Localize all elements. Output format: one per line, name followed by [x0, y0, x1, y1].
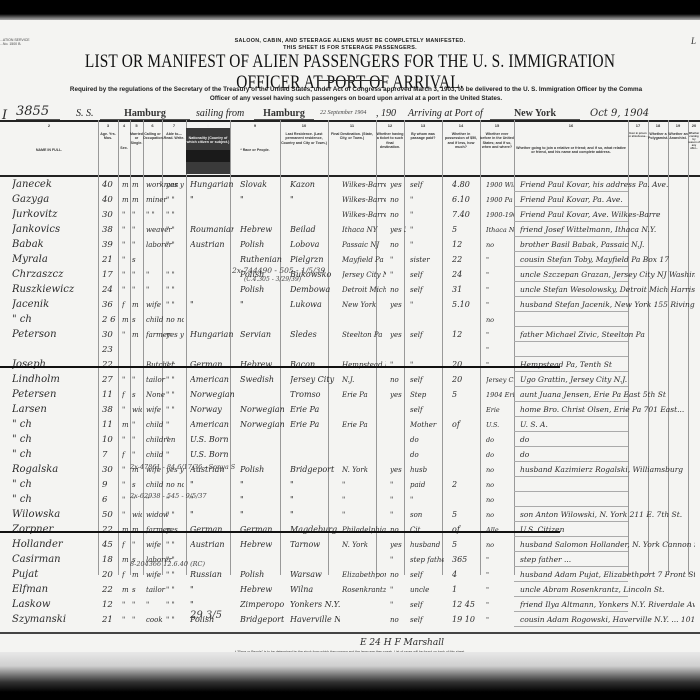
cell-residence: Tarnow [290, 538, 340, 552]
cell-married: " [132, 448, 142, 462]
cell-ticket: yes [390, 178, 406, 192]
relative-column-rule [514, 446, 628, 447]
cell-residence: Bridgeport [290, 463, 340, 477]
notice-line-2: THIS SHEET IS FOR STEERAGE PASSENGERS. [0, 45, 700, 51]
ss-label: S. S. [76, 108, 94, 119]
cell-nationality: " [190, 508, 234, 522]
relative-column-rule [514, 386, 628, 387]
annotation-row6: 2x-744490 - 505 - 1/5/39 [232, 266, 325, 275]
cell-sex: " [122, 433, 130, 447]
table-row: Elfman22mstailor" ""HebrewWilnaRosenkran… [0, 583, 700, 597]
cell-name: " ch [12, 448, 100, 462]
cell-race: Polish [240, 238, 284, 252]
cell-age: 50 [102, 508, 116, 522]
relative-column-rule [514, 341, 628, 342]
sailing-date: 22 September 1904 [320, 110, 366, 116]
cell-sex: m [122, 193, 130, 207]
table-row: Janecek40mmworkmanyes yesHungarianSlovak… [0, 178, 700, 192]
cell-sex: m [122, 178, 130, 192]
cell-age: 40 [102, 193, 116, 207]
cell-before: " [486, 253, 514, 267]
relative-column-rule [514, 626, 628, 627]
cell-married: " [132, 613, 142, 627]
cell-residence: Sledes [290, 328, 340, 342]
cell-race: Polish [240, 283, 284, 297]
header-last-residence: Last Residence. (Last permanent residenc… [280, 132, 328, 145]
table-row: Pujat20fmwife" "RussianPolishWarsawEliza… [0, 568, 700, 582]
table-row: " ch2 6mschildno nono [0, 313, 700, 327]
relative-column-rule [514, 596, 628, 597]
cell-rw: " [166, 433, 184, 447]
cell-married: " [132, 418, 142, 432]
cell-money: 5 [452, 508, 482, 522]
arrival-port: New York [490, 108, 580, 120]
cell-relative: do [520, 433, 695, 447]
cell-relative: Friend Paul Kovar, his address Pa. Ave. [520, 178, 695, 192]
cell-sex: " [122, 268, 130, 282]
cell-sex: f [122, 298, 130, 312]
cell-age: 24 [102, 283, 116, 297]
cell-race: Hebrew [240, 538, 284, 552]
cell-sex: m [122, 418, 130, 432]
cell-ticket: " [390, 358, 406, 372]
cell-money: 5.10 [452, 298, 482, 312]
cell-name: Zorpner [12, 523, 100, 537]
cell-race: " [240, 193, 284, 207]
header-prison: Ever in prison or almshouse... [628, 132, 648, 138]
cell-name: Joseph [12, 358, 100, 372]
table-row: Joseph22Butcher" "GermanHebrewBaconHemps… [0, 358, 700, 372]
cell-rw: " " [166, 583, 184, 597]
table-row: Lindholm27""tailor" "AmericanSwedishJers… [0, 373, 700, 387]
cell-paid: step father [410, 553, 444, 567]
cell-age: 10 [102, 433, 116, 447]
cell-paid: " [410, 493, 444, 507]
col-num: 16 [514, 123, 628, 128]
cell-relative: home Bro. Christ Olsen, Erie Pa 701 East… [520, 403, 695, 417]
cell-sex: " [122, 238, 130, 252]
cell-sex: f [122, 448, 130, 462]
col-num: 6 [143, 123, 162, 128]
cell-rw: " [166, 418, 184, 432]
cell-before: 1904 Erie [486, 388, 514, 402]
cell-destination: Rosenkrantz [342, 583, 386, 597]
cell-name: Myrala [12, 253, 100, 267]
cell-residence: Wilna [290, 583, 340, 597]
cell-paid: " [410, 193, 444, 207]
relative-column-rule [514, 206, 628, 207]
cell-paid: " [410, 298, 444, 312]
cell-relative: aunt Juana Jensen, Erie Pa East 5th St [520, 388, 695, 402]
cell-money: 31 [452, 283, 482, 297]
cell-paid: son [410, 508, 444, 522]
cell-before: Erie [486, 403, 514, 417]
cell-married: m [132, 568, 142, 582]
table-row: Myrala21"sRuthenianPielgrznMayfield Pa"s… [0, 253, 700, 267]
cell-relative: Hempstead Pa, Tenth St [520, 358, 695, 372]
cell-rw: no no [166, 478, 184, 492]
cell-race: " [240, 298, 284, 312]
cell-destination: " [342, 508, 386, 522]
cell-residence: Beilad [290, 223, 340, 237]
cell-rw: " " [166, 373, 184, 387]
cell-money: 5 [452, 223, 482, 237]
table-row: Jacenik36fmwife" """LukowaNew Yorkyes"5.… [0, 298, 700, 312]
cell-destination: " [342, 478, 386, 492]
relative-column-rule [514, 251, 628, 252]
table-row: Laskow12"""" ""ZimperopolYonkers N.Y."se… [0, 598, 700, 612]
cell-ticket: no [390, 568, 406, 582]
cell-age: 18 [102, 553, 116, 567]
cell-age: 30 [102, 463, 116, 477]
cell-ticket: " [390, 268, 406, 282]
cell-money: 5 [452, 388, 482, 402]
cell-ticket: no [390, 238, 406, 252]
cell-name: Pujat [12, 568, 100, 582]
cell-name: Petersen [12, 388, 100, 402]
cell-residence: " [290, 508, 340, 522]
relative-column-rule [514, 581, 628, 582]
cell-age: 38 [102, 223, 116, 237]
cell-ticket: yes 3 [390, 223, 406, 237]
cell-sex: " [122, 508, 130, 522]
cell-before: no [486, 478, 514, 492]
cell-residence: Kazon [290, 178, 340, 192]
header-name: NAME IN FULL. [0, 148, 98, 152]
relative-column-rule [514, 461, 628, 462]
cell-nationality: " [190, 583, 234, 597]
cell-destination: Erie Pa [342, 388, 386, 402]
relative-column-rule [514, 356, 628, 357]
annotation-row20: 2x-47861 - 84 6/17/36 - Sonya S [130, 463, 235, 471]
cell-before: no [486, 463, 514, 477]
cell-nationality: Russian [190, 568, 234, 582]
title-divider [318, 80, 382, 81]
cell-ticket: yes [390, 298, 406, 312]
cell-relative: uncle Stefan Wesolowsky, Detroit Mich Ha… [520, 283, 695, 297]
relative-column-rule [514, 236, 628, 237]
cell-ticket: " [390, 553, 406, 567]
cell-age: 30 [102, 208, 116, 222]
cell-rw: " " [166, 358, 184, 372]
cell-rw: " " [166, 388, 184, 402]
header-ticket: Whether having a ticket to such final de… [376, 132, 404, 150]
cell-race: Zimperopol [240, 598, 284, 612]
cell-relative: step father ... [520, 553, 695, 567]
cell-residence: Lobova [290, 238, 340, 252]
cell-sex: f [122, 538, 130, 552]
table-row: Jankovics38""weaver" "RoumanianHebrewBei… [0, 223, 700, 237]
cell-sex: " [122, 223, 130, 237]
col-num: 15 [480, 123, 514, 128]
cell-nationality: Roumanian [190, 223, 234, 237]
relative-column-rule [514, 221, 628, 222]
relative-column-rule [514, 491, 628, 492]
cell-age: 45 [102, 538, 116, 552]
col-num: 13 [404, 123, 442, 128]
cell-destination: Wilkes-Barre Pa [342, 193, 386, 207]
table-row: " ch7f"child"U.S. Borndododo [0, 448, 700, 462]
cell-ticket: no [390, 373, 406, 387]
cell-before: do [486, 433, 514, 447]
cell-name: Hollander [12, 538, 100, 552]
cell-married: s [132, 253, 142, 267]
cell-ticket: yes [390, 328, 406, 342]
cell-money: 7.40 [452, 208, 482, 222]
cell-residence: Warsaw [290, 568, 340, 582]
cell-sex: m [122, 583, 130, 597]
header-nationality: Nationality (Country of which citizen or… [186, 136, 230, 145]
cell-race: Slovak [240, 178, 284, 192]
cell-name: Jacenik [12, 298, 100, 312]
manifest-page: ...ATION SERVICE ...No. 1500 B. L SALOON… [0, 20, 700, 660]
cell-race: " [240, 493, 284, 507]
cell-nationality: Norway [190, 403, 234, 417]
cell-name: Janecek [12, 178, 100, 192]
cell-relative: friend Ilya Altmann, Yonkers N.Y. Riverd… [520, 598, 695, 612]
cell-destination: Philadelphia [342, 523, 386, 537]
cell-married: " [132, 433, 142, 447]
col-num: 14 [442, 123, 480, 128]
cell-race: Norwegian [240, 418, 284, 432]
cell-nationality: " [190, 298, 234, 312]
cell-paid: " [410, 238, 444, 252]
cell-name: Szymanski [12, 613, 100, 627]
relative-column-rule [514, 266, 628, 267]
cell-nationality: " [190, 193, 234, 207]
cell-relative: uncle Abram Rosenkrantz, Lincoln St. [520, 583, 695, 597]
cell-destination: Elizabethport [342, 568, 386, 582]
cell-ticket: " [390, 253, 406, 267]
cell-name: " ch [12, 418, 100, 432]
annotation-row26: 8-204366 12.6.40 (RC) [130, 560, 205, 568]
cell-sex: m [122, 523, 130, 537]
cell-relative: husband Kazimierz Rogalski, Williamsburg [520, 463, 695, 477]
cell-sex: " [122, 463, 130, 477]
cell-before: no [486, 538, 514, 552]
cell-before: " [486, 298, 514, 312]
cell-sex: m [122, 553, 130, 567]
cell-race: Hebrew [240, 358, 284, 372]
cell-nationality: German [190, 523, 234, 537]
cell-race: German [240, 523, 284, 537]
table-row: " ch9"schildno no"""""paid2no [0, 478, 700, 492]
header-relative: Whether going to join a relative or frie… [514, 146, 628, 155]
cell-married: s [132, 388, 142, 402]
col-num: 12 [376, 123, 404, 128]
relative-column-rule [514, 611, 628, 612]
cell-age: 9 [102, 478, 116, 492]
cell-race: Bridgeport [240, 613, 284, 627]
col-num: 9 [230, 123, 280, 128]
sailing-port: Hamburg [254, 108, 314, 120]
cell-married: " [132, 538, 142, 552]
cell-name: " ch [12, 478, 100, 492]
cell-before: no [486, 238, 514, 252]
cell-rw: " " [166, 613, 184, 627]
cell-ticket: no [390, 613, 406, 627]
cell-before: Ithaca NY [486, 223, 514, 237]
header-bottom-rule [0, 175, 700, 177]
scan-top-edge [0, 0, 700, 22]
ship-name: Hamburg [100, 108, 190, 120]
cell-name: " ch [12, 493, 100, 507]
cell-residence: " [290, 493, 340, 507]
cell-destination: Steelton Pa [342, 328, 386, 342]
cell-sex: " [122, 373, 130, 387]
cell-nationality: " [190, 478, 234, 492]
cell-nationality: Austrian [190, 538, 234, 552]
cell-paid: " [410, 208, 444, 222]
cell-residence: Jersey City [290, 373, 340, 387]
cell-married: " [132, 208, 142, 222]
relative-column-rule [514, 281, 628, 282]
cell-money: 4 [452, 568, 482, 582]
relative-column-rule [514, 536, 628, 537]
cell-destination: Passaic NJ [342, 238, 386, 252]
cell-married: " [132, 238, 142, 252]
cell-money: of [452, 418, 482, 432]
annotation-row6-sub: (C.4.305 - 3/29/39) [244, 276, 301, 283]
cell-name: Laskow [12, 598, 100, 612]
cell-money: 20 [452, 373, 482, 387]
relative-column-rule [514, 326, 628, 327]
cell-age: 6 [102, 493, 116, 507]
cell-age: 22 [102, 358, 116, 372]
col-num: 17 [628, 123, 648, 128]
col-num: 20 [688, 123, 700, 128]
cell-rw: " [166, 448, 184, 462]
cell-age: 38 [102, 403, 116, 417]
strikethrough-line [0, 366, 560, 368]
cell-rw: " " [166, 508, 184, 522]
cell-rw: " " [166, 208, 184, 222]
cell-sex: " [122, 403, 130, 417]
cell-paid: " [410, 358, 444, 372]
table-row: 23" [0, 343, 700, 357]
cell-name: Elfman [12, 583, 100, 597]
cell-married: " [132, 223, 142, 237]
relative-column-rule [514, 506, 628, 507]
cell-age: 22 [102, 523, 116, 537]
cell-relative: husband Salomon Hollander, N. York Canno… [520, 538, 695, 552]
cell-age: 36 [102, 298, 116, 312]
scan-bottom-edge [0, 652, 700, 700]
cell-money: 12 [452, 328, 482, 342]
cell-before: " [486, 553, 514, 567]
cell-rw: " " [166, 598, 184, 612]
cell-relative: father Michael Zivic, Steelton Pa [520, 328, 695, 342]
cell-age: 40 [102, 178, 116, 192]
header-race: * Race or People. [230, 148, 280, 152]
annotation-row21: 2x-62938 - 545 - 9/5/37 [130, 492, 207, 500]
cell-before: 1900 Pa [486, 193, 514, 207]
cell-sex: " [122, 283, 130, 297]
cell-residence: Lukowa [290, 298, 340, 312]
relative-column-rule [514, 191, 628, 192]
cell-ticket: " [390, 478, 406, 492]
cell-age: 39 [102, 238, 116, 252]
cell-ticket: yes [390, 538, 406, 552]
cell-paid: self [410, 283, 444, 297]
cell-residence: Dembowa [290, 283, 340, 297]
cell-age: 2 6 [102, 313, 116, 327]
cell-rw: yes [166, 523, 184, 537]
cell-age: 27 [102, 373, 116, 387]
cell-nationality: German [190, 358, 234, 372]
cell-ticket: yes [390, 463, 406, 477]
cell-relative: husband Adam Pujat, Elizabethport 7 Fron… [520, 568, 695, 582]
table-row: " ch11m"child"AmericanNorwegianErie PaEr… [0, 418, 700, 432]
cell-name: Jurkovitz [12, 208, 100, 222]
cell-name: Ruszkiewicz [12, 283, 100, 297]
table-row: Babak39""laborer" "AustrianPolishLobovaP… [0, 238, 700, 252]
cell-nationality: American [190, 373, 234, 387]
cell-married: " [132, 598, 142, 612]
cell-age: 11 [102, 418, 116, 432]
cell-sex: f [122, 388, 130, 402]
cell-destination: Ithaca NY [342, 223, 386, 237]
cell-married: wid [132, 403, 142, 417]
header-passage-paid: By whom was passage paid? [404, 132, 442, 141]
cell-married: s [132, 313, 142, 327]
col-num: 7 [162, 123, 186, 128]
cell-destination: Jersey City NJ [342, 268, 386, 282]
table-bottom-rule [0, 632, 700, 634]
table-row: Larsen38"widwife" "NorwayNorwegianErie P… [0, 403, 700, 417]
cell-money: 20 [452, 358, 482, 372]
relative-column-rule [514, 521, 628, 522]
cell-married: " [132, 283, 142, 297]
cell-rw: " " [166, 403, 184, 417]
cell-destination: Hempstead Pa [342, 358, 386, 372]
cell-married: m [132, 178, 142, 192]
cell-paid: paid [410, 478, 444, 492]
cell-rw: " " [166, 568, 184, 582]
cell-race: Swedish [240, 373, 284, 387]
annotation-rows-29-30: 29 3/5 [190, 610, 222, 621]
cell-money: 2 [452, 478, 482, 492]
cell-destination: " [342, 493, 386, 507]
cell-married: s [132, 478, 142, 492]
cell-destination: N.J. [342, 373, 386, 387]
cell-residence: Erie Pa [290, 418, 340, 432]
cell-sex: " [122, 328, 130, 342]
cell-name: Wilowska [12, 508, 100, 522]
cell-destination: New York [342, 298, 386, 312]
strikethrough-line [0, 531, 560, 533]
cell-name: Gazyga [12, 193, 100, 207]
cell-rw: " " [166, 298, 184, 312]
cell-rw: yes yes [166, 178, 184, 192]
col-num: 2 [0, 123, 98, 128]
col-num: 4 [118, 123, 130, 128]
cell-name: Casirman [12, 553, 100, 567]
cell-before: " [486, 358, 514, 372]
cell-race: " [240, 478, 284, 492]
cell-rw: " " [166, 268, 184, 282]
cell-before: " [486, 343, 514, 357]
cell-paid: " [410, 223, 444, 237]
col-num: 18 [648, 123, 668, 128]
cell-money: 22 [452, 253, 482, 267]
header-polygamist: Whether a Polygamist. [648, 132, 668, 141]
cell-paid: self [410, 568, 444, 582]
cell-married: m [132, 298, 142, 312]
cell-race: Servian [240, 328, 284, 342]
table-row: Gazyga40mmminer" """"Wilkes-Barre Pano"6… [0, 193, 700, 207]
cell-relative: do [520, 448, 695, 462]
